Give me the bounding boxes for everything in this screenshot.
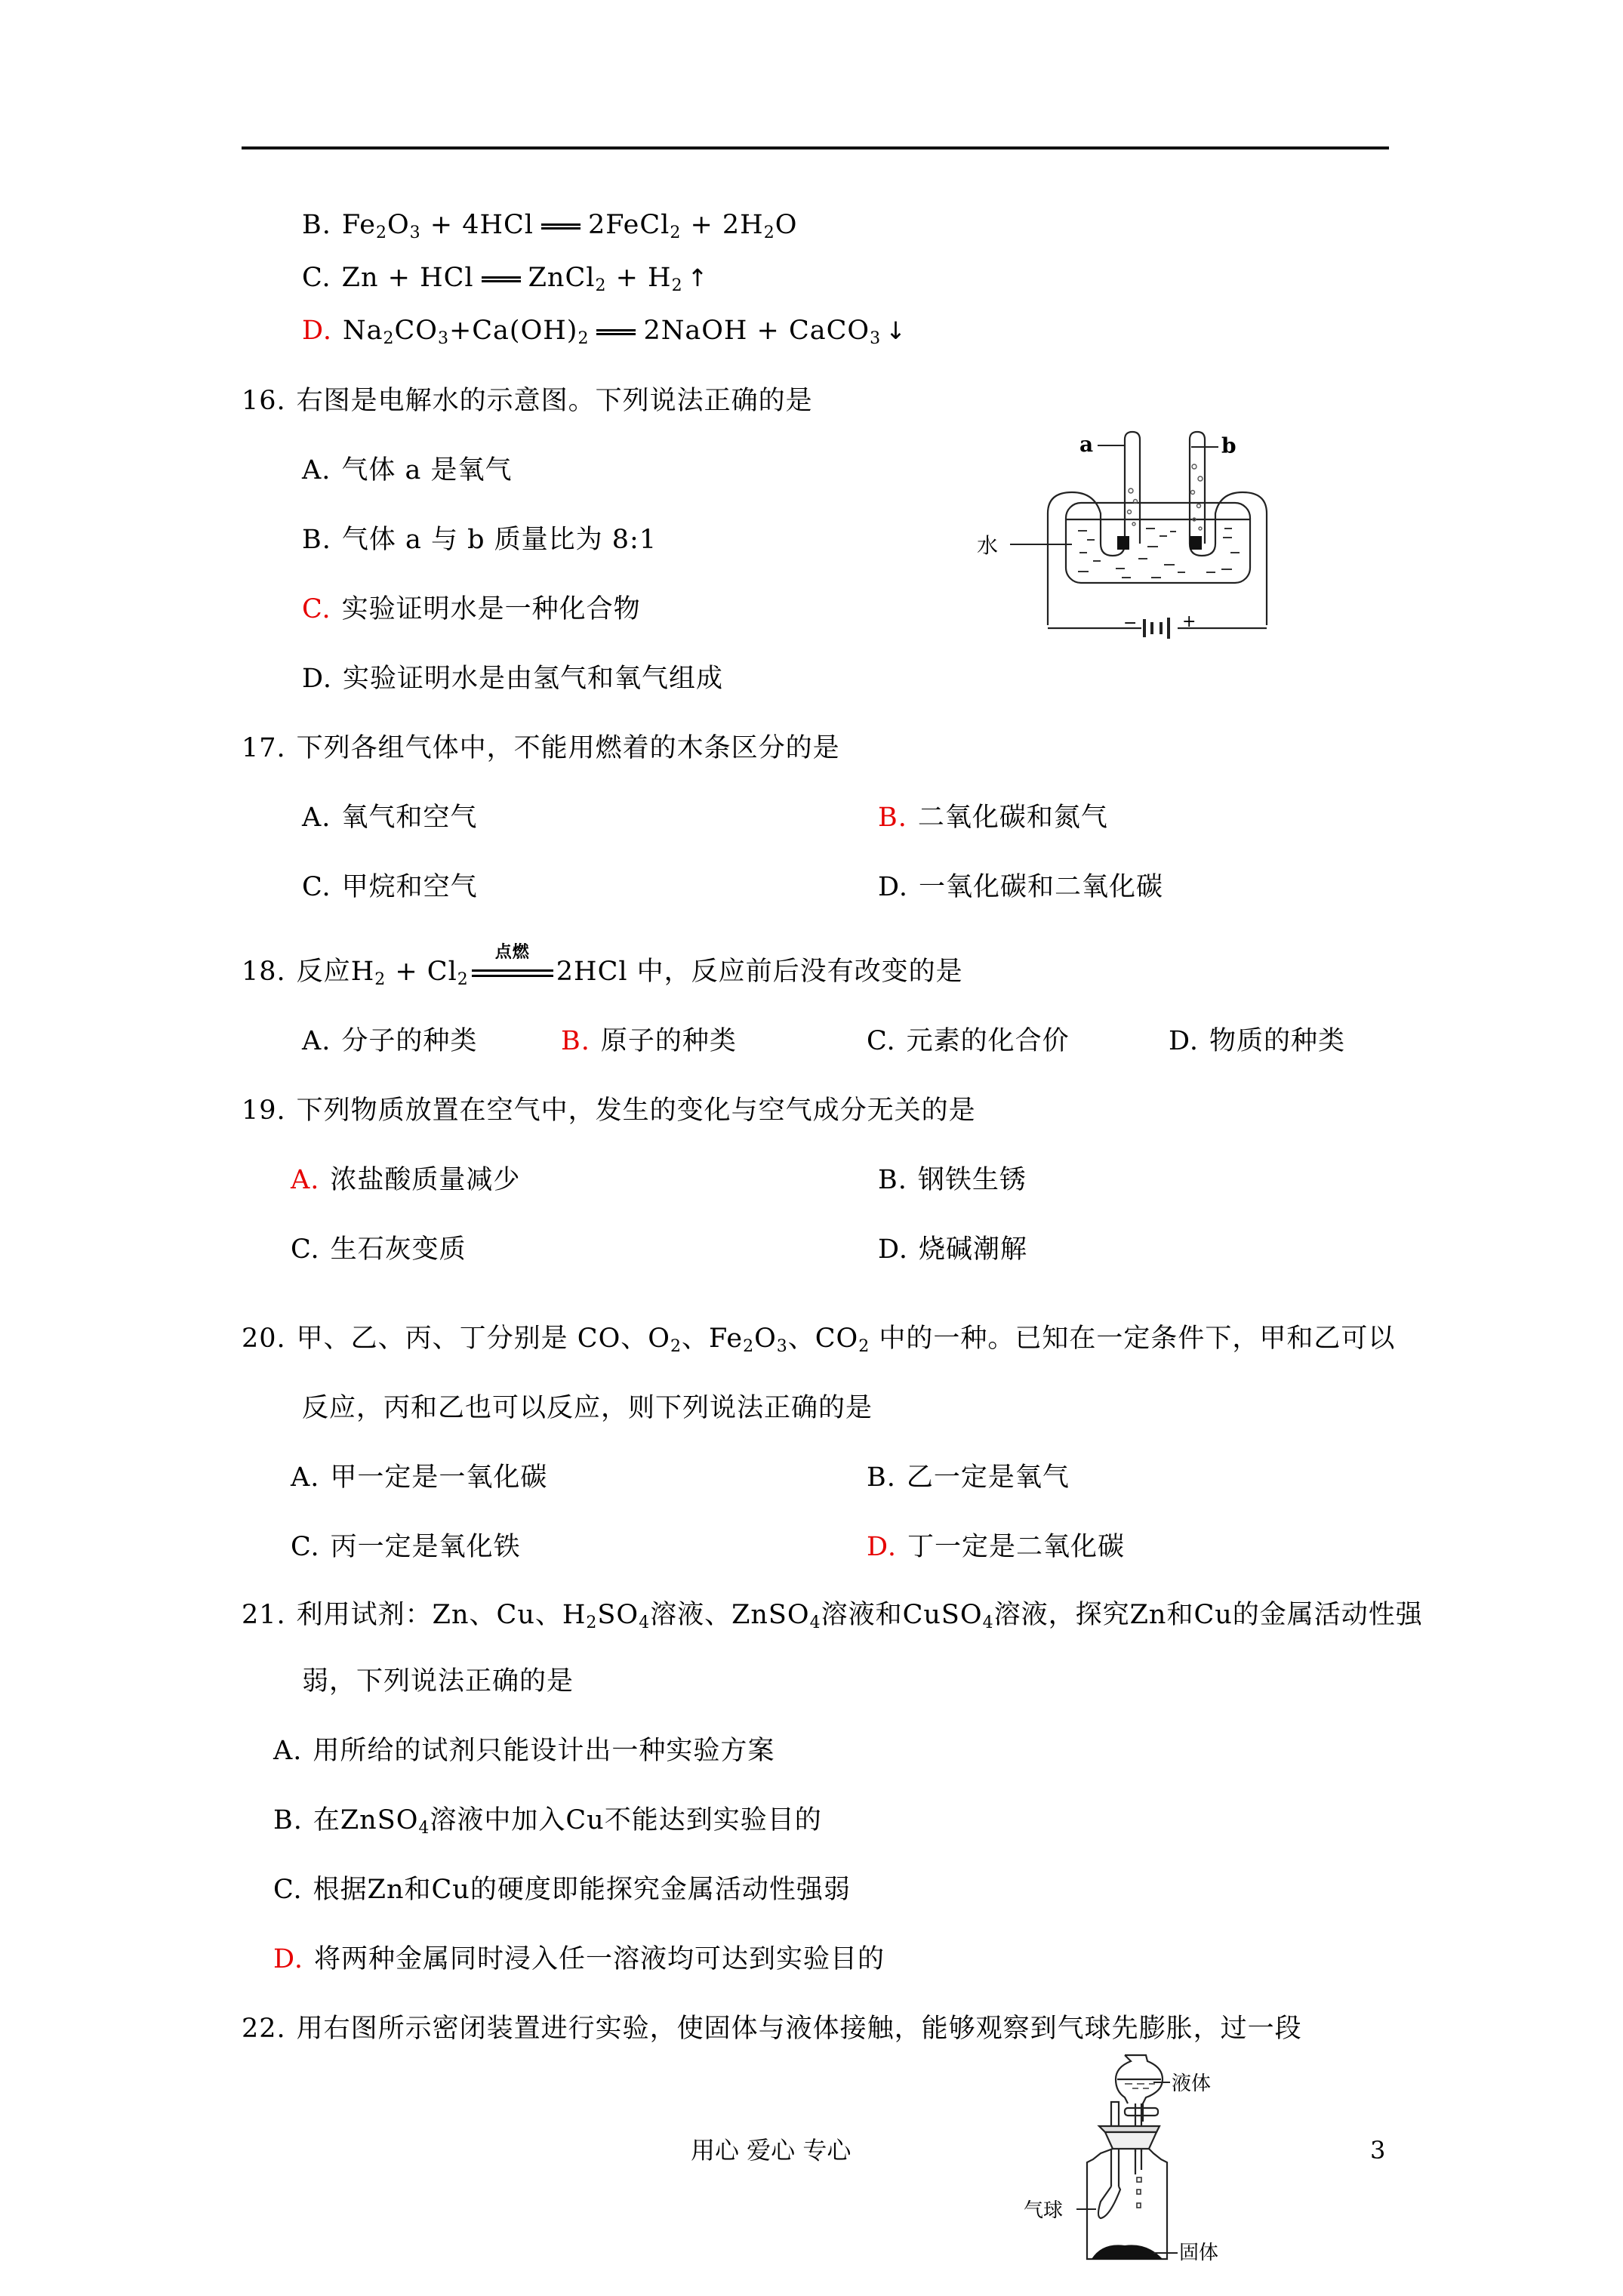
subscript: 2	[672, 276, 683, 295]
option-label: B.	[867, 1460, 896, 1495]
option-label: A.	[302, 453, 331, 488]
q20-option-d: D.丁一定是二氧化碳	[867, 1530, 1125, 1564]
q15-option-b: B.Fe2O3 + 4HCl2FeCl2 + 2H2O	[302, 208, 797, 242]
question-text: 弱，下列说法正确的是	[302, 1666, 574, 1697]
question-text: 利用试剂：Zn、Cu、H	[297, 1600, 587, 1630]
subscript: 4	[810, 1613, 821, 1632]
option-label: C.	[302, 870, 331, 905]
subscript: 2	[670, 1337, 682, 1356]
gas-up-arrow-icon: ↑	[688, 264, 709, 292]
battery-plus: +	[1182, 612, 1196, 631]
formula-part: 2HCl	[556, 957, 628, 987]
formula-part: +	[386, 957, 427, 987]
option-label: D.	[878, 870, 908, 905]
formula-part: Cl	[427, 957, 457, 987]
formula-part: 2FeCl	[588, 210, 670, 240]
condition-text: 点燃	[472, 944, 553, 962]
q17-option-a: A.氧气和空气	[302, 800, 477, 835]
option-label-correct: D.	[867, 1530, 897, 1564]
option-label: A.	[302, 800, 331, 835]
option-text: 气体 a 与 b 质量比为 8:1	[342, 525, 657, 555]
q20-option-c: C.丙一定是氧化铁	[291, 1530, 521, 1564]
q18-stem: 18.反应H2 + Cl2点燃2HCl 中，反应前后没有改变的是	[242, 954, 963, 989]
formula-part: Zn + HCl	[342, 263, 474, 293]
q18-option-d: D.物质的种类	[1169, 1024, 1345, 1059]
q17-option-b: B.二氧化碳和氮气	[878, 800, 1108, 835]
question-text: 溶液和CuSO	[821, 1600, 983, 1630]
formula-part: H	[351, 957, 375, 987]
question-text: 甲、乙、丙、丁分别是 CO、O	[297, 1324, 670, 1354]
formula-part: + H	[606, 263, 671, 293]
subscript: 2	[383, 329, 394, 348]
option-label: B.	[302, 208, 331, 242]
q21-option-c: C.根据Zn和Cu的硬度即能探究金属活动性强弱	[273, 1872, 851, 1907]
question-text: SO	[597, 1600, 639, 1630]
equals-sign	[482, 276, 521, 282]
option-text: 丙一定是氧化铁	[331, 1532, 521, 1562]
question-text: 反应，丙和乙也可以反应，则下列说法正确的是	[302, 1393, 873, 1423]
q20-stem-line2: 反应，丙和乙也可以反应，则下列说法正确的是	[302, 1391, 873, 1425]
option-text: 二氧化碳和氮气	[918, 803, 1108, 833]
subscript: 2	[457, 970, 469, 989]
electrode-a	[1117, 536, 1129, 550]
subscript: 2	[858, 1337, 870, 1356]
question-number: 17.	[242, 731, 286, 766]
subscript: 4	[639, 1613, 650, 1632]
subscript: 2	[376, 223, 387, 242]
question-text: 中的一种。已知在一定条件下，甲和乙可以	[870, 1324, 1395, 1354]
option-label: D.	[302, 661, 332, 696]
subscript: 3	[410, 223, 421, 242]
option-label: A.	[273, 1734, 302, 1768]
question-text: O	[754, 1324, 777, 1354]
header-rule	[242, 146, 1389, 149]
subscript: 3	[870, 329, 881, 348]
option-text: 丁一定是二氧化碳	[907, 1532, 1125, 1562]
question-text: 下列各组气体中，不能用燃着的木条区分的是	[297, 733, 840, 763]
label-solid: 固体	[1179, 2242, 1218, 2264]
question-text: 、CO	[788, 1324, 858, 1354]
option-text: 钢铁生锈	[918, 1165, 1027, 1195]
solid-pile	[1092, 2245, 1163, 2259]
question-number: 16.	[242, 384, 286, 418]
electrolysis-diagram: a b 水 − +	[966, 423, 1321, 649]
option-label: A.	[291, 1460, 319, 1495]
subscript: 2	[586, 1613, 597, 1632]
label-b: b	[1221, 433, 1236, 458]
option-label: B.	[302, 522, 331, 557]
subscript: 2	[374, 970, 386, 989]
q15-option-d: D.Na2CO3+Ca(OH)22NaOH + CaCO3↓	[302, 313, 907, 348]
formula-part: O	[387, 210, 410, 240]
equals-sign	[472, 969, 553, 977]
formula-part: O	[775, 210, 798, 240]
formula-part: + 4HCl	[421, 210, 534, 240]
question-text: 反应	[297, 957, 351, 987]
q18-option-b: B.原子的种类	[561, 1024, 737, 1059]
option-label-correct: B.	[561, 1024, 590, 1059]
option-label: C.	[867, 1024, 896, 1059]
q19-option-c: C.生石灰变质	[291, 1232, 467, 1267]
option-text: 气体 a 是氧气	[341, 455, 512, 485]
q20-option-b: B.乙一定是氧气	[867, 1460, 1070, 1495]
option-label: D.	[1169, 1024, 1199, 1059]
electrolysis-svg: a b 水 − +	[966, 423, 1321, 649]
option-text: 原子的种类	[601, 1026, 737, 1056]
option-text: 甲一定是一氧化碳	[330, 1462, 547, 1493]
q21-option-d: D.将两种金属同时浸入任一溶液均可达到实验目的	[273, 1942, 885, 1977]
q17-stem: 17.下列各组气体中，不能用燃着的木条区分的是	[242, 731, 840, 766]
option-label: C.	[291, 1530, 320, 1564]
q19-stem: 19.下列物质放置在空气中，发生的变化与空气成分无关的是	[242, 1093, 976, 1128]
flask-svg: 液体 气球 固体	[1019, 2039, 1321, 2296]
q17-option-c: C.甲烷和空气	[302, 870, 478, 905]
option-text: 分子的种类	[341, 1026, 477, 1056]
option-text: 物质的种类	[1209, 1026, 1345, 1056]
q17-option-d: D.一氧化碳和二氧化碳	[878, 870, 1163, 905]
option-text: 一氧化碳和二氧化碳	[919, 872, 1163, 902]
label-balloon: 气球	[1024, 2199, 1063, 2222]
question-text: 右图是电解水的示意图。下列说法正确的是	[297, 386, 813, 416]
option-text: 溶液中加入Cu不能达到实验目的	[430, 1805, 821, 1835]
question-text: 溶液、ZnSO	[650, 1600, 810, 1630]
q21-stem-line2: 弱，下列说法正确的是	[302, 1664, 574, 1699]
option-text: 烧碱潮解	[919, 1234, 1027, 1265]
subscript: 4	[418, 1819, 430, 1838]
option-label: D.	[878, 1232, 908, 1267]
subscript: 3	[777, 1337, 788, 1356]
footer-motto: 用心 爱心 专心	[691, 2135, 851, 2165]
question-number: 20.	[242, 1321, 286, 1356]
label-liquid: 液体	[1172, 2073, 1211, 2095]
option-label: C.	[302, 260, 331, 295]
question-number: 19.	[242, 1093, 286, 1128]
equals-sign	[596, 329, 636, 335]
option-text: 将两种金属同时浸入任一溶液均可达到实验目的	[314, 1944, 885, 1974]
option-label: A.	[302, 1024, 331, 1059]
option-label-correct: D.	[273, 1942, 303, 1977]
formula-part: CO	[394, 316, 437, 346]
q16-option-b: B.气体 a 与 b 质量比为 8:1	[302, 522, 657, 557]
q15-option-c: C.Zn + HClZnCl2 + H2↑	[302, 260, 708, 295]
q16-option-a: A.气体 a 是氧气	[302, 453, 513, 488]
q21-option-b: B.在ZnSO4溶液中加入Cu不能达到实验目的	[273, 1803, 822, 1838]
subscript: 2	[577, 329, 589, 348]
subscript: 3	[438, 329, 449, 348]
q21-stem-line1: 21.利用试剂：Zn、Cu、H2SO4溶液、ZnSO4溶液和CuSO4溶液，探究…	[242, 1598, 1423, 1632]
option-text: 甲烷和空气	[342, 872, 478, 902]
q18-option-a: A.分子的种类	[302, 1024, 477, 1059]
option-text: 浓盐酸质量减少	[330, 1165, 520, 1195]
formula-part: Na	[343, 316, 383, 346]
q21-option-a: A.用所给的试剂只能设计出一种实验方案	[273, 1734, 775, 1768]
q20-stem-line1: 20.甲、乙、丙、丁分别是 CO、O2、Fe2O3、CO2 中的一种。已知在一定…	[242, 1321, 1395, 1356]
subscript: 2	[743, 1337, 754, 1356]
option-text: 用所给的试剂只能设计出一种实验方案	[313, 1736, 775, 1766]
q19-option-b: B.钢铁生锈	[878, 1163, 1027, 1197]
question-number: 22.	[242, 2011, 286, 2046]
label-water: 水	[977, 533, 998, 558]
formula-part: +Ca(OH)	[449, 316, 578, 346]
option-text: 实验证明水是一种化合物	[342, 594, 641, 624]
formula-part: + 2H	[681, 210, 763, 240]
option-text: 乙一定是氧气	[907, 1462, 1070, 1493]
question-number: 21.	[242, 1598, 286, 1632]
question-number: 18.	[242, 954, 286, 989]
subscript: 2	[595, 276, 606, 295]
question-text: 、Fe	[682, 1324, 743, 1354]
formula-part: ZnCl	[528, 263, 596, 293]
q16-option-d: D.实验证明水是由氢气和氧气组成	[302, 661, 723, 696]
formula-part: 2NaOH + CaCO	[643, 316, 870, 346]
option-text: 元素的化合价	[907, 1026, 1070, 1056]
equals-sign	[541, 223, 581, 230]
option-text: 生石灰变质	[331, 1234, 467, 1265]
option-text: 在ZnSO	[313, 1805, 419, 1835]
option-label-correct: D.	[302, 313, 332, 348]
option-label-correct: A.	[291, 1163, 319, 1197]
question-text: 下列物质放置在空气中，发生的变化与空气成分无关的是	[297, 1096, 976, 1126]
sealed-flask-diagram: 液体 气球 固体	[1019, 2039, 1321, 2296]
subscript: 2	[764, 223, 775, 242]
option-label: B.	[878, 1163, 907, 1197]
question-text: 中，反应前后没有改变的是	[628, 957, 963, 987]
precipitate-down-arrow-icon: ↓	[885, 316, 907, 345]
option-text: 实验证明水是由氢气和氧气组成	[343, 664, 723, 694]
option-label: B.	[273, 1803, 303, 1838]
subscript: 2	[670, 223, 681, 242]
option-label: C.	[273, 1872, 303, 1907]
electrode-b	[1190, 536, 1202, 550]
battery-minus: −	[1123, 614, 1137, 633]
q16-stem: 16.右图是电解水的示意图。下列说法正确的是	[242, 384, 813, 418]
q19-option-a: A.浓盐酸质量减少	[291, 1163, 520, 1197]
reaction-condition: 点燃	[472, 969, 553, 977]
option-text: 氧气和空气	[341, 803, 477, 833]
q16-option-c: C.实验证明水是一种化合物	[302, 592, 641, 627]
formula-part: Fe	[342, 210, 376, 240]
page-number: 3	[1370, 2135, 1385, 2165]
q20-option-a: A.甲一定是一氧化碳	[291, 1460, 547, 1495]
q19-option-d: D.烧碱潮解	[878, 1232, 1027, 1267]
q18-option-c: C.元素的化合价	[867, 1024, 1070, 1059]
option-label-correct: B.	[878, 800, 907, 835]
option-label: C.	[291, 1232, 320, 1267]
option-label-correct: C.	[302, 592, 331, 627]
label-a: a	[1079, 432, 1093, 457]
option-text: 根据Zn和Cu的硬度即能探究金属活动性强弱	[313, 1875, 851, 1905]
subscript: 4	[983, 1613, 994, 1632]
question-text: 溶液，探究Zn和Cu的金属活动性强	[994, 1600, 1423, 1630]
